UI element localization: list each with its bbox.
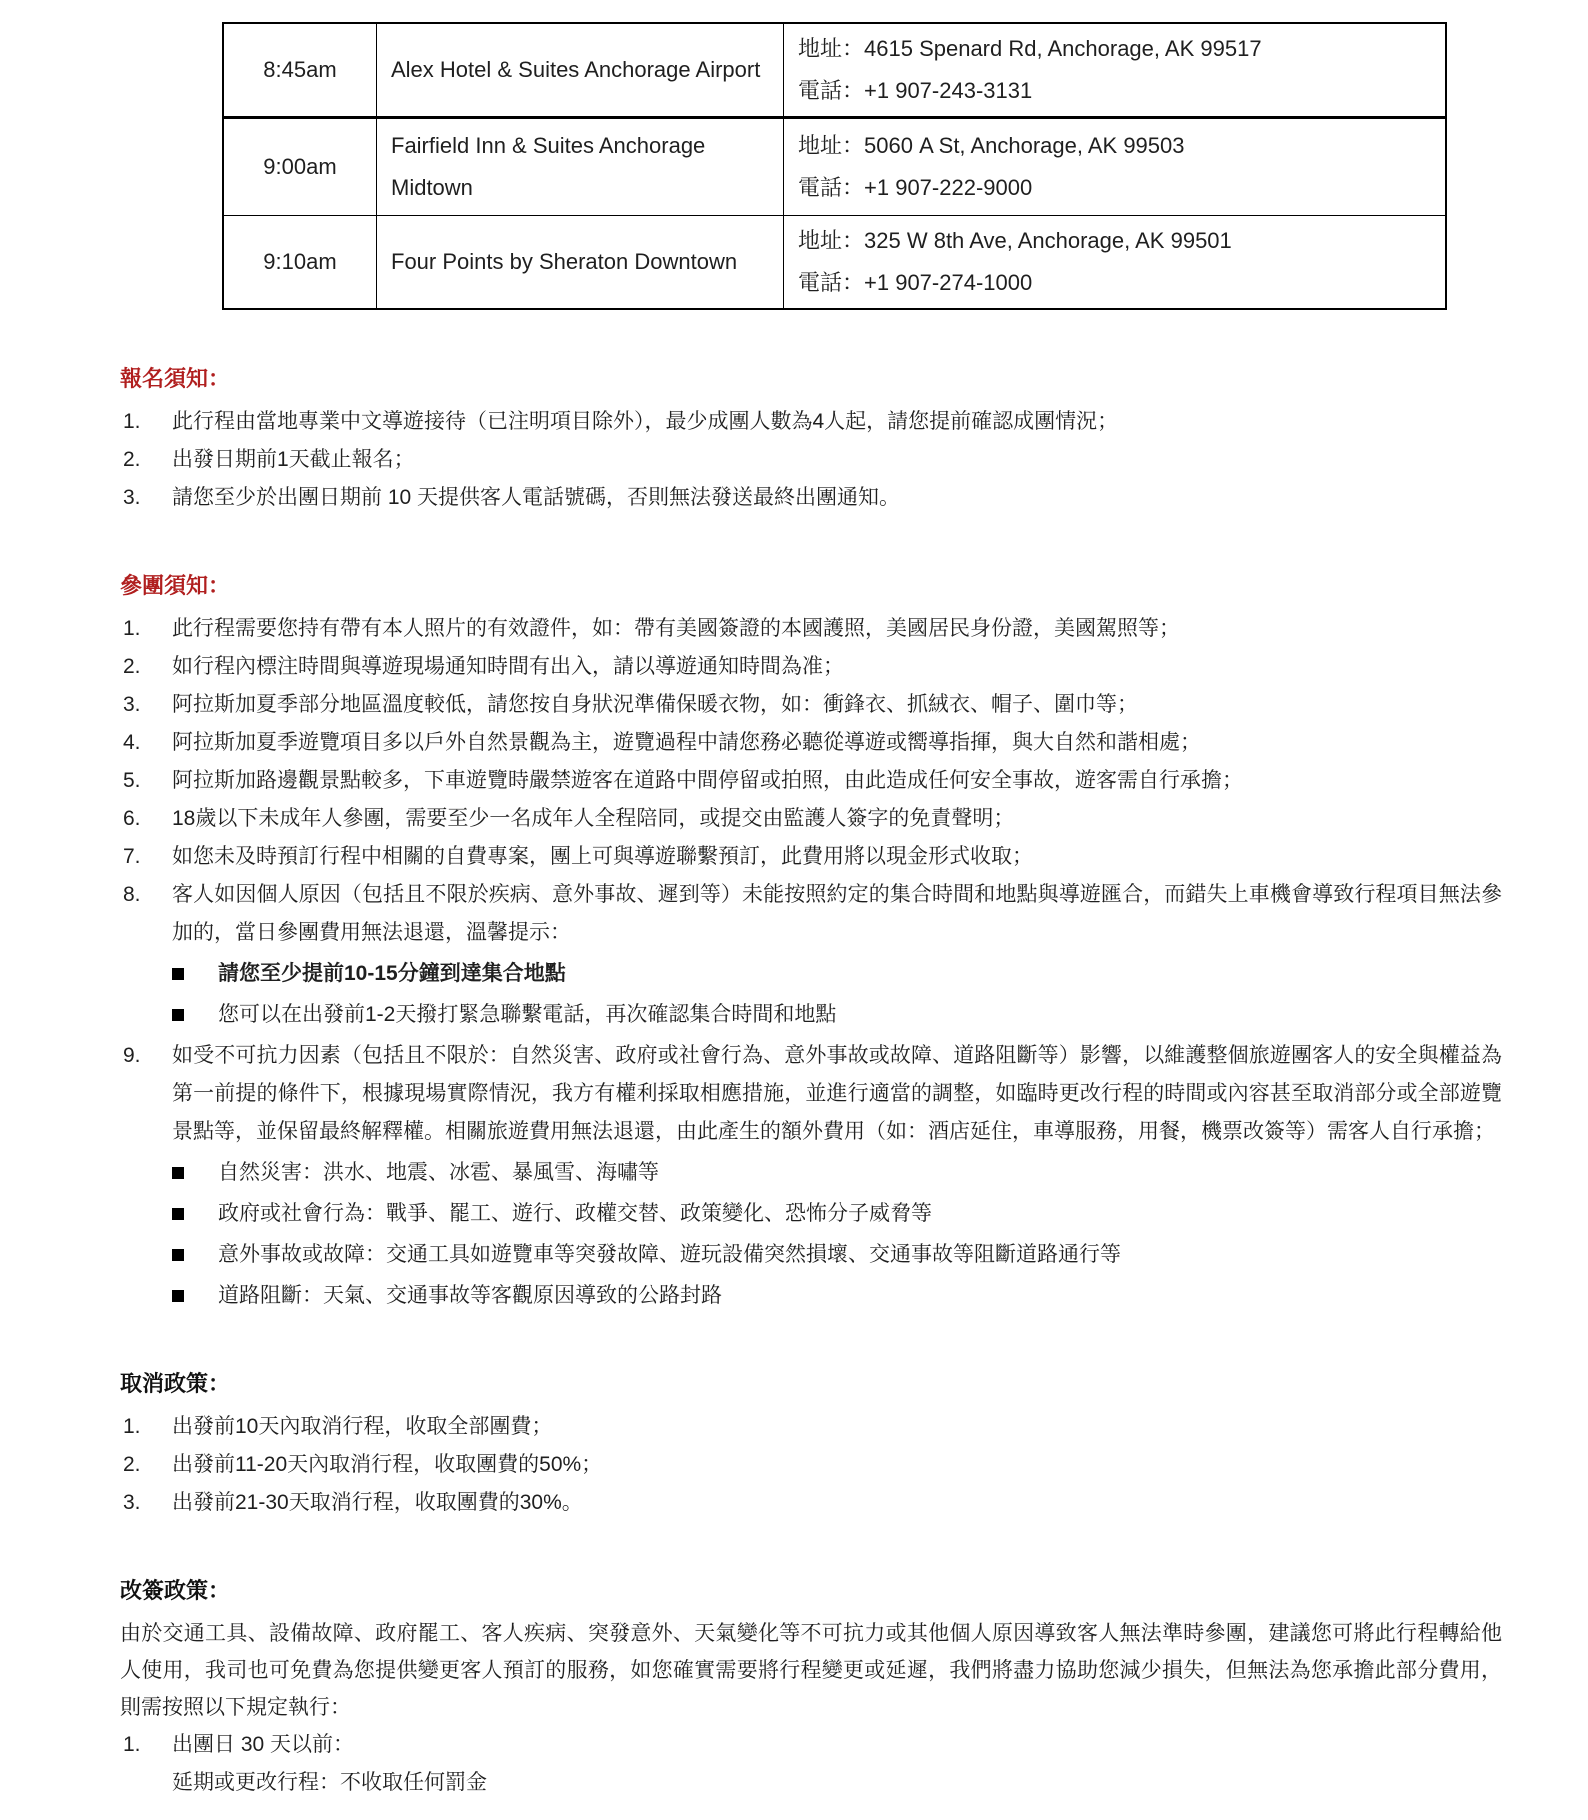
item-number: 9. xyxy=(120,1037,172,1151)
list-item: 2. 如行程內標注時間與導遊現場通知時間有出入，請以導遊通知時間為准； xyxy=(120,648,1502,686)
item-number: 2. xyxy=(120,648,172,686)
phone-line: 電話：+1 907-243-3131 xyxy=(798,70,1431,112)
square-bullet-icon xyxy=(172,968,184,980)
item-number: 7. xyxy=(120,838,172,876)
list-item: 1. 出發前10天內取消行程，收取全部團費； xyxy=(120,1408,1502,1446)
pickup-time: 9:00am xyxy=(223,118,377,216)
bullet-text: 政府或社會行為：戰爭、罷工、遊行、政權交替、政策變化、恐怖分子威脅等 xyxy=(218,1195,1502,1233)
phone-value: +1 907-222-9000 xyxy=(864,175,1032,200)
phone-label: 電話： xyxy=(798,78,864,103)
phone-line: 電話：+1 907-274-1000 xyxy=(798,262,1431,304)
signup-notice-section: 報名須知： 1. 此行程由當地專業中文導遊接待（已注明項目除外），最少成團人數為… xyxy=(120,360,1502,517)
address-value: 325 W 8th Ave, Anchorage, AK 99501 xyxy=(864,228,1232,253)
table-row: 9:10am Four Points by Sheraton Downtown … xyxy=(223,216,1446,310)
square-bullet-icon xyxy=(172,1009,184,1021)
list-item: 5. 阿拉斯加路邊觀景點較多，下車遊覽時嚴禁遊客在道路中間停留或拍照，由此造成任… xyxy=(120,762,1502,800)
item-text: 出發前10天內取消行程，收取全部團費； xyxy=(172,1408,1502,1446)
item-text: 出發前11-20天內取消行程，收取團費的50%； xyxy=(172,1446,1502,1484)
square-bullet-icon xyxy=(172,1167,184,1179)
pickup-contact: 地址：5060 A St, Anchorage, AK 99503 電話：+1 … xyxy=(784,118,1447,216)
item-number: 3. xyxy=(120,1484,172,1522)
address-line: 地址：4615 Spenard Rd, Anchorage, AK 99517 xyxy=(798,28,1431,70)
list-item: 2. 出發前11-20天內取消行程，收取團費的50%； xyxy=(120,1446,1502,1484)
item-text: 此行程由當地專業中文導遊接待（已注明項目除外），最少成團人數為4人起，請您提前確… xyxy=(172,403,1502,441)
list-item: 1. 出團日 30 天以前： 延期或更改行程：不收取任何罰金 xyxy=(120,1726,1502,1802)
bullet-item: 自然災害：洪水、地震、冰雹、暴風雪、海嘯等 xyxy=(172,1154,1502,1192)
bullet-item: 您可以在出發前1-2天撥打緊急聯繫電話，再次確認集合時間和地點 xyxy=(172,996,1502,1034)
item-text: 出發日期前1天截止報名； xyxy=(172,441,1502,479)
item-number: 5. xyxy=(120,762,172,800)
bullet-text: 請您至少提前10-15分鐘到達集合地點 xyxy=(218,955,1502,993)
item-text: 請您至少於出團日期前 10 天提供客人電話號碼，否則無法發送最終出團通知。 xyxy=(172,479,1502,517)
section-title: 取消政策： xyxy=(120,1365,1502,1403)
item-number: 4. xyxy=(120,724,172,762)
item-number: 8. xyxy=(120,876,172,952)
pickup-table: 8:45am Alex Hotel & Suites Anchorage Air… xyxy=(222,22,1447,310)
item-number: 3. xyxy=(120,686,172,724)
pickup-hotel: Fairfield Inn & Suites Anchorage Midtown xyxy=(377,118,784,216)
address-label: 地址： xyxy=(798,228,864,253)
list-item: 6. 18歲以下未成年人參團，需要至少一名成年人全程陪同，或提交由監護人簽字的免… xyxy=(120,800,1502,838)
item-text: 客人如因個人原因（包括且不限於疾病、意外事故、遲到等）未能按照約定的集合時間和地… xyxy=(172,876,1502,952)
bullet-text: 道路阻斷：天氣、交通事故等客觀原因導致的公路封路 xyxy=(218,1277,1502,1315)
phone-value: +1 907-274-1000 xyxy=(864,270,1032,295)
item-text: 阿拉斯加夏季遊覽項目多以戶外自然景觀為主，遊覽過程中請您務必聽從導遊或嚮導指揮，… xyxy=(172,724,1502,762)
item-number: 1. xyxy=(120,1726,172,1802)
item-text: 出發前21-30天取消行程，收取團費的30%。 xyxy=(172,1484,1502,1522)
address-value: 5060 A St, Anchorage, AK 99503 xyxy=(864,133,1184,158)
address-value: 4615 Spenard Rd, Anchorage, AK 99517 xyxy=(864,36,1262,61)
section-title: 報名須知： xyxy=(120,360,1502,398)
pickup-hotel: Alex Hotel & Suites Anchorage Airport xyxy=(377,23,784,118)
square-bullet-icon xyxy=(172,1249,184,1261)
list-item: 1. 此行程由當地專業中文導遊接待（已注明項目除外），最少成團人數為4人起，請您… xyxy=(120,403,1502,441)
list-item: 8. 客人如因個人原因（包括且不限於疾病、意外事故、遲到等）未能按照約定的集合時… xyxy=(120,876,1502,952)
list-item: 1. 此行程需要您持有帶有本人照片的有效證件，如：帶有美國簽證的本國護照，美國居… xyxy=(120,610,1502,648)
square-bullet-icon xyxy=(172,1208,184,1220)
list-item: 7. 如您未及時預訂行程中相關的自費專案，團上可與導遊聯繫預訂，此費用將以現金形… xyxy=(120,838,1502,876)
item-text: 如受不可抗力因素（包括且不限於：自然災害、政府或社會行為、意外事故或故障、道路阻… xyxy=(172,1037,1502,1151)
item-number: 6. xyxy=(120,800,172,838)
section-title: 參團須知： xyxy=(120,567,1502,605)
address-label: 地址： xyxy=(798,36,864,61)
pickup-contact: 地址：325 W 8th Ave, Anchorage, AK 99501 電話… xyxy=(784,216,1447,310)
item-text: 阿拉斯加夏季部分地區溫度較低，請您按自身狀況準備保暖衣物，如：衝鋒衣、抓絨衣、帽… xyxy=(172,686,1502,724)
bullet-item: 請您至少提前10-15分鐘到達集合地點 xyxy=(172,955,1502,993)
list-item: 9. 如受不可抗力因素（包括且不限於：自然災害、政府或社會行為、意外事故或故障、… xyxy=(120,1037,1502,1151)
list-item: 2. 出發日期前1天截止報名； xyxy=(120,441,1502,479)
item-number: 1. xyxy=(120,403,172,441)
pickup-contact: 地址：4615 Spenard Rd, Anchorage, AK 99517 … xyxy=(784,23,1447,118)
table-row: 9:00am Fairfield Inn & Suites Anchorage … xyxy=(223,118,1446,216)
item-number: 1. xyxy=(120,1408,172,1446)
tour-notice-section: 參團須知： 1. 此行程需要您持有帶有本人照片的有效證件，如：帶有美國簽證的本國… xyxy=(120,567,1502,1315)
pickup-time: 9:10am xyxy=(223,216,377,310)
phone-value: +1 907-243-3131 xyxy=(864,78,1032,103)
pickup-hotel: Four Points by Sheraton Downtown xyxy=(377,216,784,310)
bullet-item: 意外事故或故障：交通工具如遊覽車等突發故障、遊玩設備突然損壞、交通事故等阻斷道路… xyxy=(172,1236,1502,1274)
bullet-item: 政府或社會行為：戰爭、罷工、遊行、政權交替、政策變化、恐怖分子威脅等 xyxy=(172,1195,1502,1233)
table-row: 8:45am Alex Hotel & Suites Anchorage Air… xyxy=(223,23,1446,118)
item-number: 3. xyxy=(120,479,172,517)
item-text: 出團日 30 天以前： 延期或更改行程：不收取任何罰金 xyxy=(172,1726,1502,1802)
bullet-text: 自然災害：洪水、地震、冰雹、暴風雪、海嘯等 xyxy=(218,1154,1502,1192)
bullet-text: 意外事故或故障：交通工具如遊覽車等突發故障、遊玩設備突然損壞、交通事故等阻斷道路… xyxy=(218,1236,1502,1274)
phone-line: 電話：+1 907-222-9000 xyxy=(798,167,1431,209)
phone-label: 電話： xyxy=(798,270,864,295)
item-number: 2. xyxy=(120,441,172,479)
item-text: 此行程需要您持有帶有本人照片的有效證件，如：帶有美國簽證的本國護照，美國居民身份… xyxy=(172,610,1502,648)
bullet-text: 您可以在出發前1-2天撥打緊急聯繫電話，再次確認集合時間和地點 xyxy=(218,996,1502,1034)
item-text: 如您未及時預訂行程中相關的自費專案，團上可與導遊聯繫預訂，此費用將以現金形式收取… xyxy=(172,838,1502,876)
item-number: 2. xyxy=(120,1446,172,1484)
change-policy-section: 改簽政策： 由於交通工具、設備故障、政府罷工、客人疾病、突發意外、天氣變化等不可… xyxy=(120,1572,1502,1802)
list-item: 3. 請您至少於出團日期前 10 天提供客人電話號碼，否則無法發送最終出團通知。 xyxy=(120,479,1502,517)
item-text: 18歲以下未成年人參團，需要至少一名成年人全程陪同，或提交由監護人簽字的免責聲明… xyxy=(172,800,1502,838)
list-item: 3. 出發前21-30天取消行程，收取團費的30%。 xyxy=(120,1484,1502,1522)
change-policy-intro: 由於交通工具、設備故障、政府罷工、客人疾病、突發意外、天氣變化等不可抗力或其他個… xyxy=(120,1615,1502,1726)
item-text: 阿拉斯加路邊觀景點較多，下車遊覽時嚴禁遊客在道路中間停留或拍照，由此造成任何安全… xyxy=(172,762,1502,800)
address-line: 地址：5060 A St, Anchorage, AK 99503 xyxy=(798,125,1431,167)
document-page: 8:45am Alex Hotel & Suites Anchorage Air… xyxy=(0,0,1588,1820)
bullet-item: 道路阻斷：天氣、交通事故等客觀原因導致的公路封路 xyxy=(172,1277,1502,1315)
address-label: 地址： xyxy=(798,133,864,158)
pickup-time: 8:45am xyxy=(223,23,377,118)
item-number: 1. xyxy=(120,610,172,648)
section-title: 改簽政策： xyxy=(120,1572,1502,1610)
list-item: 4. 阿拉斯加夏季遊覽項目多以戶外自然景觀為主，遊覽過程中請您務必聽從導遊或嚮導… xyxy=(120,724,1502,762)
item-text-line: 出團日 30 天以前： xyxy=(172,1726,1502,1764)
item-text: 如行程內標注時間與導遊現場通知時間有出入，請以導遊通知時間為准； xyxy=(172,648,1502,686)
address-line: 地址：325 W 8th Ave, Anchorage, AK 99501 xyxy=(798,220,1431,262)
square-bullet-icon xyxy=(172,1290,184,1302)
list-item: 3. 阿拉斯加夏季部分地區溫度較低，請您按自身狀況準備保暖衣物，如：衝鋒衣、抓絨… xyxy=(120,686,1502,724)
cancel-policy-section: 取消政策： 1. 出發前10天內取消行程，收取全部團費； 2. 出發前11-20… xyxy=(120,1365,1502,1522)
item-text-line: 延期或更改行程：不收取任何罰金 xyxy=(172,1764,1502,1802)
phone-label: 電話： xyxy=(798,175,864,200)
